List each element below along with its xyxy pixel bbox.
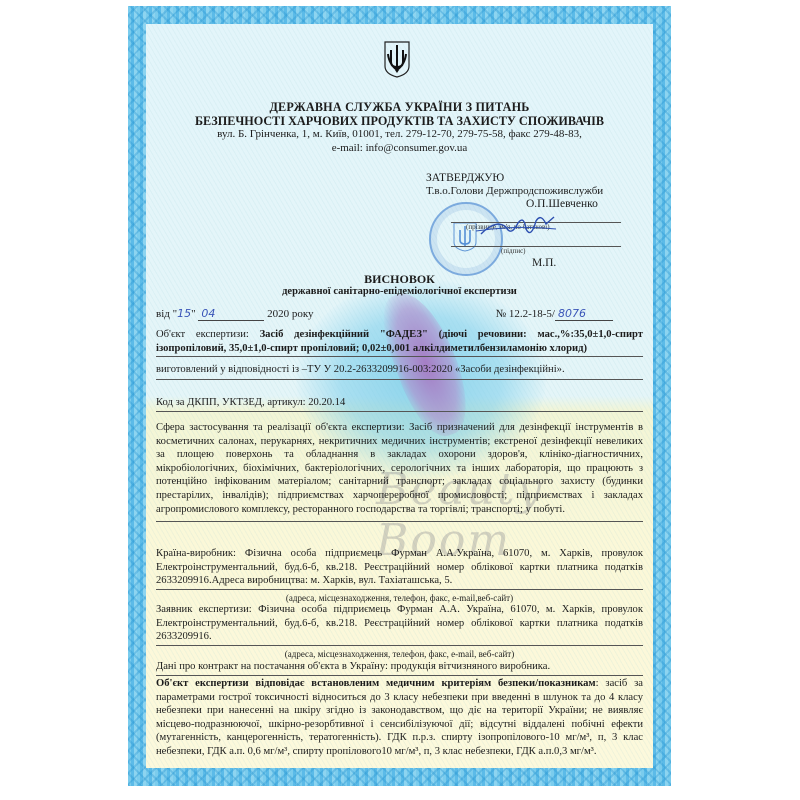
divider bbox=[156, 521, 643, 522]
agency-name-line2: БЕЗПЕЧНОСТІ ХАРЧОВИХ ПРОДУКТІВ ТА ЗАХИСТ… bbox=[146, 114, 653, 129]
product-code: Код за ДКПП, УКТЗЕД, артикул: 20.20.14 bbox=[156, 396, 643, 410]
date-mid: " bbox=[191, 308, 196, 320]
signature-caption: (підпис) bbox=[501, 247, 526, 255]
date-day: 15 bbox=[177, 307, 191, 320]
number-prefix: № 12.2-18-5/ bbox=[496, 308, 555, 320]
number-value: 8076 bbox=[558, 307, 586, 320]
divider bbox=[156, 411, 643, 412]
approval-block: ЗАТВЕРДЖУЮ Т.в.о.Голови Держпродспоживсл… bbox=[426, 172, 603, 211]
compliance-heading: Об'єкт експертизи відповідає встановлени… bbox=[156, 678, 596, 689]
document-subtitle: державної санітарно-епідеміологічної екс… bbox=[146, 286, 653, 297]
divider bbox=[156, 675, 643, 676]
manufactured-per: виготовлений у відповідності із –ТУ У 20… bbox=[156, 363, 643, 377]
address-caption: (адреса, місцезнаходження, телефон, факс… bbox=[146, 593, 653, 603]
ukraine-trident-icon bbox=[383, 40, 411, 78]
date-month: 04 bbox=[201, 307, 215, 320]
object-of-expertise: Об'єкт експертизи: Засіб дезінфекційний … bbox=[156, 328, 643, 355]
date-year: 2020 року bbox=[267, 308, 313, 320]
date-prefix: від " bbox=[156, 308, 177, 320]
contract-info: Дані про контракт на постачання об'єкта … bbox=[156, 660, 643, 674]
agency-email: e-mail: info@consumer.gov.ua bbox=[146, 142, 653, 154]
signature bbox=[476, 209, 556, 244]
divider bbox=[156, 645, 643, 646]
agency-name-line1: ДЕРЖАВНА СЛУЖБА УКРАЇНИ З ПИТАНЬ bbox=[146, 100, 653, 115]
certificate-page: Beauty Boom ДЕРЖАВНА СЛУЖБА УКРАЇНИ З ПИ… bbox=[146, 24, 653, 768]
document-title: ВИСНОВОК bbox=[146, 272, 653, 287]
manufacturer-country: Країна-виробник: Фізична особа підприєме… bbox=[156, 547, 643, 588]
approval-label: ЗАТВЕРДЖУЮ bbox=[426, 172, 603, 185]
divider bbox=[156, 356, 643, 357]
date-number-line: від "15" 04 2020 року № 12.2-18-5/8076 bbox=[156, 307, 643, 321]
certificate-border: Beauty Boom ДЕРЖАВНА СЛУЖБА УКРАЇНИ З ПИ… bbox=[128, 6, 671, 786]
seal-label: М.П. bbox=[532, 257, 556, 269]
address-caption: (адреса, місцезнаходження, телефон, факс… bbox=[146, 649, 653, 659]
compliance-statement: Об'єкт експертизи відповідає встановлени… bbox=[156, 677, 643, 759]
scope-of-use: Сфера застосування та реалізації об'єкта… bbox=[156, 421, 643, 516]
divider bbox=[156, 379, 643, 380]
signature-line bbox=[451, 246, 621, 247]
applicant: Заявник експертизи: Фізична особа підпри… bbox=[156, 603, 643, 644]
approval-position: Т.в.о.Голови Держпродспоживслужби bbox=[426, 185, 603, 198]
divider bbox=[156, 589, 643, 590]
agency-address: вул. Б. Грінченка, 1, м. Київ, 01001, те… bbox=[146, 128, 653, 140]
